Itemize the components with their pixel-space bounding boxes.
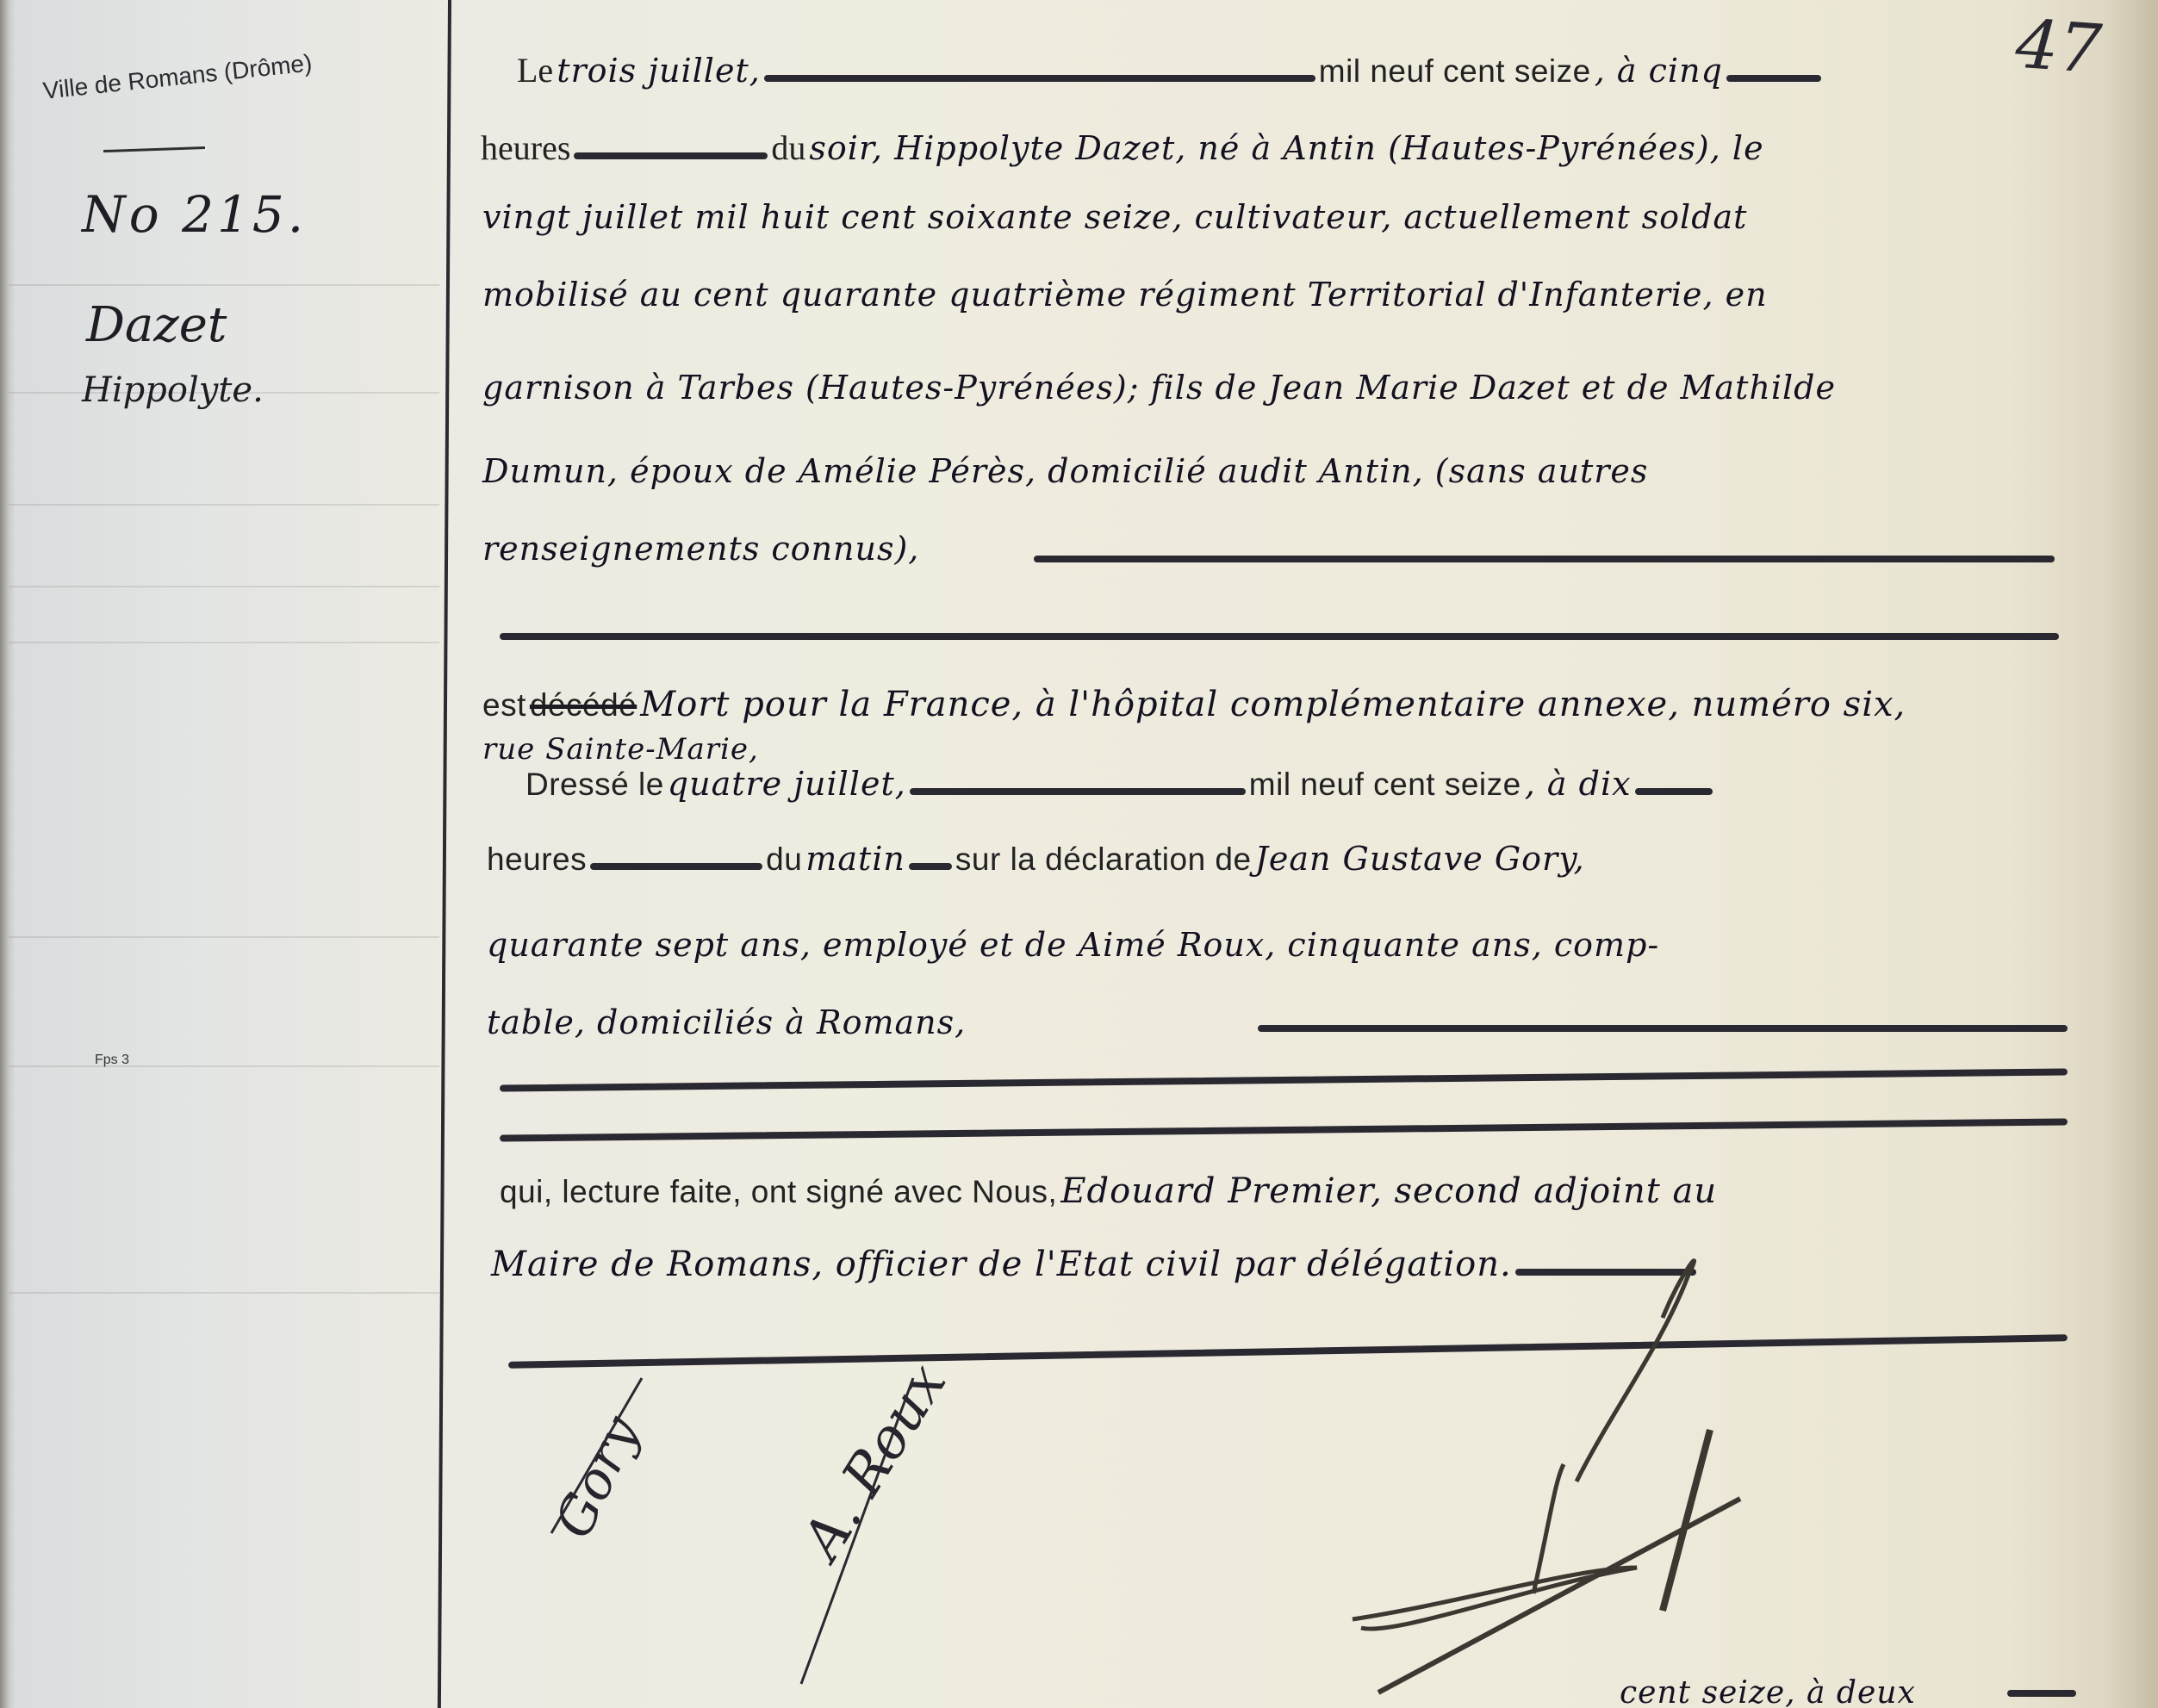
next-act-partial: cent seize, à deux bbox=[1620, 1675, 1916, 1708]
signature-strokes bbox=[0, 0, 2158, 1708]
fill-rule bbox=[2007, 1690, 2076, 1697]
